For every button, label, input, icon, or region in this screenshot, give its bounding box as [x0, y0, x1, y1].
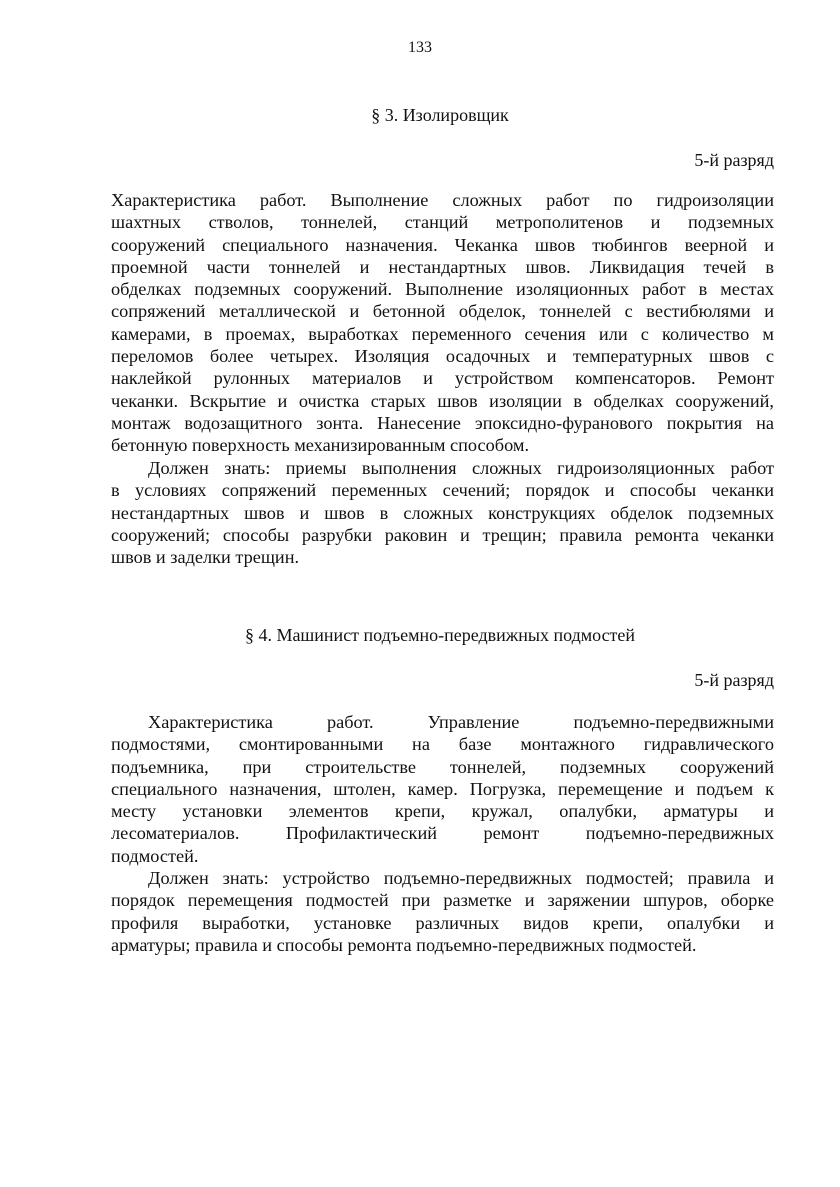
text-line: месту установки элементов крепи, кружал,… [111, 800, 774, 822]
text-line: арматуры; правила и способы ремонта подъ… [111, 934, 774, 956]
section-3-characteristics: Характеристика работ. Выполнение сложных… [111, 189, 774, 457]
text-line: бетонную поверхность механизированным сп… [111, 434, 774, 456]
text-line: Характеристика работ. Управление подъемн… [111, 711, 774, 733]
text-line: сооружений; способы разрубки раковин и т… [111, 524, 774, 546]
section-4-must-know: Должен знать: устройство подъемно-передв… [111, 867, 774, 956]
text-line: лесоматериалов. Профилактический ремонт … [111, 822, 774, 844]
section-4-grade: 5-й разряд [694, 669, 774, 691]
text-line: монтаж водозащитного зонта. Нанесение эп… [111, 412, 774, 434]
text-line: сооружений специального назначения. Чека… [111, 234, 774, 256]
text-line: камерами, в проемах, выработках переменн… [111, 323, 774, 345]
text-line: швов и заделки трещин. [111, 546, 774, 568]
page-number: 133 [0, 38, 840, 58]
text-line: нестандартных швов и швов в сложных конс… [111, 502, 774, 524]
text-line: проемной части тоннелей и нестандартных … [111, 256, 774, 278]
text-line: шахтных стволов, тоннелей, станций метро… [111, 211, 774, 233]
text-line: Характеристика работ. Выполнение сложных… [111, 189, 774, 211]
text-line: профиля выработки, установке различных в… [111, 912, 774, 934]
section-3-must-know: Должен знать: приемы выполнения сложных … [111, 457, 774, 568]
text-line: в условиях сопряжений переменных сечений… [111, 479, 774, 501]
text-line: переломов более четырех. Изоляция осадоч… [111, 345, 774, 367]
text-line: подмостей. [111, 845, 774, 867]
text-line: подъемника, при строительстве тоннелей, … [111, 756, 774, 778]
text-line: порядок перемещения подмостей при размет… [111, 889, 774, 911]
text-line: обделках подземных сооружений. Выполнени… [111, 278, 774, 300]
section-3-title: § 3. Изолировщик [0, 104, 840, 126]
text-line: подмостями, смонтированными на базе монт… [111, 733, 774, 755]
text-line: Должен знать: устройство подъемно-передв… [111, 867, 774, 889]
section-3-grade: 5-й разряд [694, 149, 774, 171]
text-line: специального назначения, штолен, камер. … [111, 778, 774, 800]
text-line: сопряжений металлической и бетонной обде… [111, 300, 774, 322]
text-line: Должен знать: приемы выполнения сложных … [111, 457, 774, 479]
text-line: наклейкой рулонных материалов и устройст… [111, 367, 774, 389]
section-4-title: § 4. Машинист подъемно-передвижных подмо… [0, 624, 840, 646]
section-4-characteristics: Характеристика работ. Управление подъемн… [111, 711, 774, 867]
text-line: чеканки. Вскрытие и очистка старых швов … [111, 390, 774, 412]
